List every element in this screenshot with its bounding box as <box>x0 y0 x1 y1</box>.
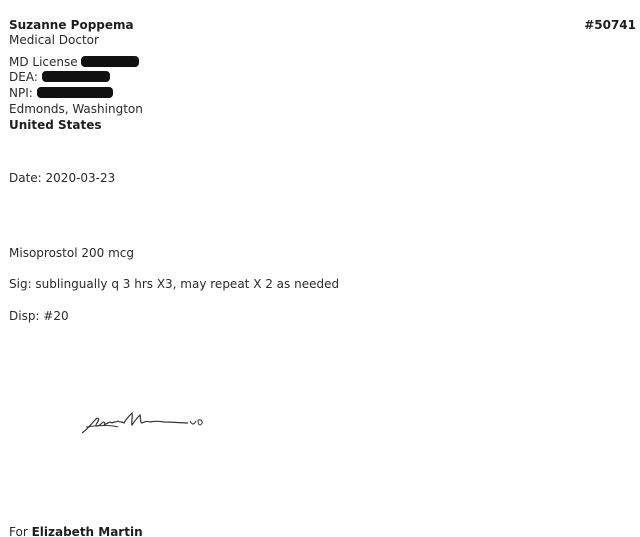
dea-label: DEA: <box>9 70 38 84</box>
redaction-bar <box>42 71 110 82</box>
dispense-quantity: Disp: #20 <box>9 309 69 323</box>
signature-icon <box>78 405 208 440</box>
patient-name: Elizabeth Martin <box>32 525 143 537</box>
date-line: Date: 2020-03-23 <box>9 171 115 185</box>
redaction-bar <box>81 56 139 67</box>
redaction-bar <box>37 87 113 98</box>
rx-number: #50741 <box>584 18 636 32</box>
sig-instructions: Sig: sublingually q 3 hrs X3, may repeat… <box>9 277 339 291</box>
prescriber-location: Edmonds, Washington <box>9 102 143 116</box>
prescriber-country: United States <box>9 118 102 132</box>
patient-prefix: For <box>9 525 28 537</box>
md-license-line: MD License <box>9 55 139 69</box>
prescriber-name: Suzanne Poppema <box>9 18 134 32</box>
prescriber-title: Medical Doctor <box>9 33 99 47</box>
medication: Misoprostol 200 mcg <box>9 246 134 260</box>
md-license-label: MD License <box>9 55 78 69</box>
dea-line: DEA: <box>9 70 110 84</box>
npi-label: NPI: <box>9 86 33 100</box>
patient-line: For Elizabeth Martin <box>9 525 143 537</box>
npi-line: NPI: <box>9 86 113 100</box>
